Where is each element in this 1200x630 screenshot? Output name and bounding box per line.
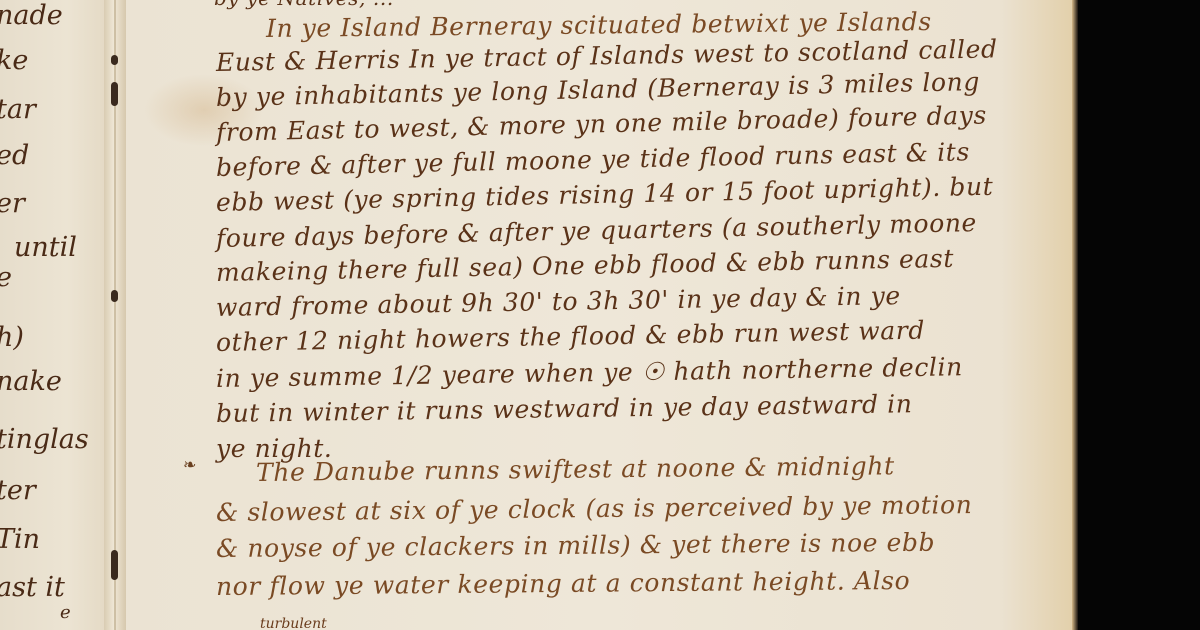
fragment: ter xyxy=(0,475,36,506)
binding-stitch xyxy=(111,550,118,580)
marginal-mark: ❧ xyxy=(183,455,196,474)
fragment: h) xyxy=(0,322,24,353)
fragment: ke xyxy=(0,45,28,76)
fragment: er xyxy=(0,188,25,219)
page-edge xyxy=(1072,0,1078,630)
left-page-fragments: nade ke tar ed er until e h) nake tingla… xyxy=(0,0,110,630)
fragment: e xyxy=(0,262,12,293)
fragment: tinglas xyxy=(0,424,89,455)
fragment: ast it xyxy=(0,572,65,603)
interlinear-note: turbulent xyxy=(260,616,327,630)
fragment: until xyxy=(14,232,77,263)
fragment: Tin xyxy=(0,524,40,555)
fragment: nade xyxy=(0,0,63,31)
binding-stitch xyxy=(111,290,118,302)
text-line: nor flow ye water keeping at a constant … xyxy=(216,566,910,601)
binding-stitch xyxy=(111,55,118,65)
fragment: e xyxy=(60,602,71,623)
fragment: nake xyxy=(0,366,62,397)
fragment: ed xyxy=(0,140,29,171)
fragment: tar xyxy=(0,94,36,125)
dark-backdrop xyxy=(1078,0,1200,630)
binding-stitch xyxy=(111,82,118,106)
left-page: nade ke tar ed er until e h) nake tingla… xyxy=(0,0,112,630)
text-line: by ye Natives, ... xyxy=(214,0,394,10)
